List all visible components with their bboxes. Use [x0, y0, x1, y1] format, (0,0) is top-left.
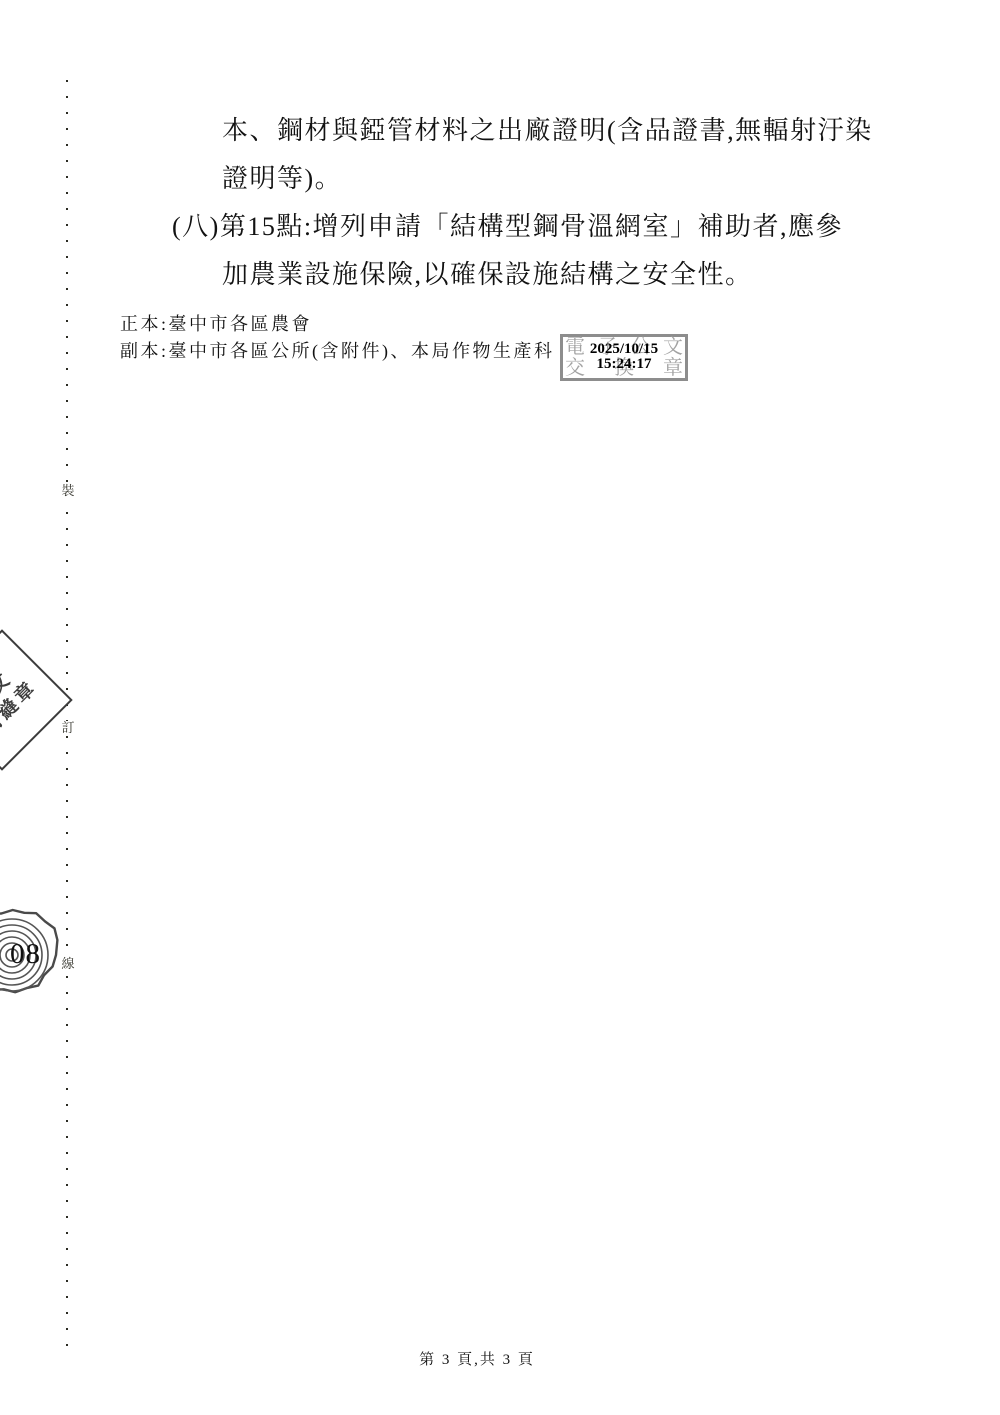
- e-exchange-stamp: 電 子 公 文 交 換 章 2025/10/15 15:24:17: [560, 334, 688, 381]
- body-line: (八)第15點:增列申請「結構型鋼骨溫網室」補助者,應參: [172, 206, 843, 243]
- seam-seal-stamp: 公文 騎縫章: [0, 629, 73, 770]
- body-line: 加農業設施保險,以確保設施結構之安全性。: [222, 254, 753, 291]
- binding-dotted-line: [66, 80, 68, 1348]
- binding-label-ding: 訂: [61, 721, 75, 735]
- stamp-date: 2025/10/15: [563, 342, 685, 357]
- page-footer: 第 3 頁,共 3 頁: [327, 1348, 627, 1369]
- recipient-original-line: 正本:臺中市各區農會: [120, 310, 312, 336]
- body-line: 證明等)。: [222, 158, 342, 195]
- binding-label-xian: 線: [61, 957, 75, 971]
- recipient-copy-line: 副本:臺中市各區公所(含附件)、本局作物生產科: [120, 337, 555, 363]
- body-line: 本、鋼材與錏管材料之出廠證明(含品證書,無輻射汙染: [222, 110, 873, 147]
- e-exchange-stamp-timestamp: 2025/10/15 15:24:17: [563, 342, 685, 371]
- stamp-time: 15:24:17: [563, 357, 685, 372]
- emboss-seal-number: 08: [10, 938, 41, 971]
- binding-label-zhuang: 裝: [61, 484, 75, 498]
- document-page: { "document": { "body_lines": [ "本、鋼材與錏管…: [0, 0, 1000, 1415]
